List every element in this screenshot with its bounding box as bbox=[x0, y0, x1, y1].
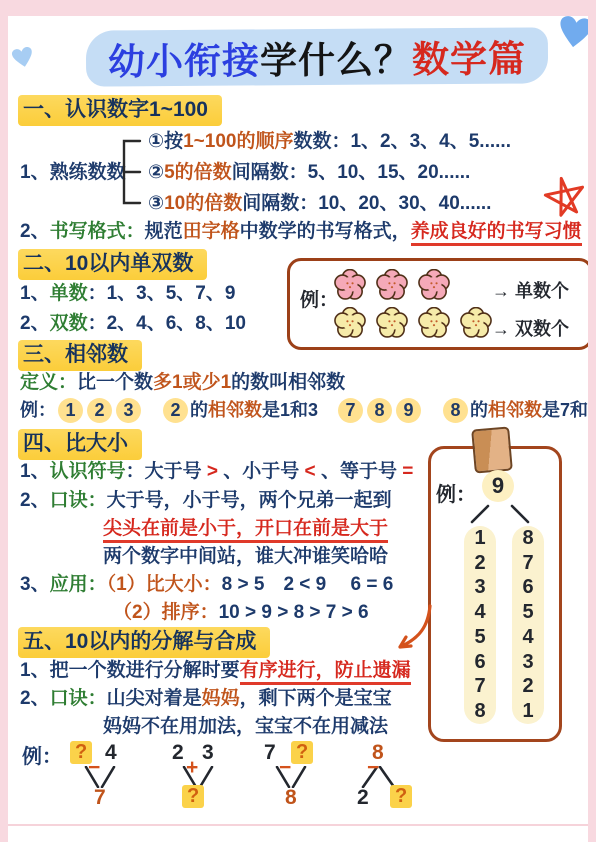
heart-icon-left bbox=[8, 44, 38, 73]
text-run: ③ bbox=[148, 193, 164, 214]
text-run: 山尖对着是 bbox=[107, 688, 202, 709]
text-run: 8 > 5 2 < 9 6 = 6 bbox=[222, 574, 394, 595]
text-run: 口诀： bbox=[50, 688, 107, 709]
text-run: 7 bbox=[338, 398, 363, 423]
text-run: 田字格 bbox=[183, 221, 240, 242]
text-run: 书写格式： bbox=[50, 221, 145, 242]
pink-frame-right bbox=[588, 0, 596, 842]
card-number: 2 bbox=[474, 552, 485, 575]
counting-bullet-1: ①按1~100的顺序数数：1、2、3、4、5...... bbox=[148, 130, 511, 155]
pink-frame-left bbox=[0, 0, 8, 842]
card-number: 8 bbox=[474, 700, 485, 723]
even-count-result: → 双数个 bbox=[492, 315, 569, 341]
curved-arrow-icon bbox=[388, 602, 434, 654]
text-run: 幼小衔接 bbox=[108, 40, 260, 82]
text-run: ：2、4、6、8、10 bbox=[88, 313, 246, 334]
section5-heading: 五、10以内的分解与合成 bbox=[18, 627, 270, 658]
card-number: 3 bbox=[474, 576, 485, 599]
text-run: （2）排序： bbox=[113, 602, 219, 623]
card-number: 2 bbox=[522, 675, 533, 698]
tree-number: 7 bbox=[264, 741, 276, 765]
text-run bbox=[143, 400, 161, 420]
compare-symbols-line: 1、认识符号：大于号 > 、小于号 < 、等于号 = bbox=[20, 460, 413, 485]
section4-heading: 四、比大小 bbox=[18, 429, 142, 460]
card-root-number: 9 bbox=[482, 470, 514, 502]
card-number: 1 bbox=[522, 700, 533, 723]
text-run: 妈妈 bbox=[202, 688, 240, 709]
text-run: 3、 bbox=[20, 574, 50, 595]
text-run: 相邻数 bbox=[488, 400, 542, 420]
text-run: 定义： bbox=[20, 372, 77, 393]
text-run: 5的倍数 bbox=[164, 162, 232, 183]
compare-apply-line2: （2）排序：10 > 9 > 8 > 7 > 6 bbox=[113, 601, 369, 626]
writing-format-line: 2、书写格式：规范田字格中数学的书写格式，养成良好的书写习惯 bbox=[20, 220, 582, 245]
text-run bbox=[423, 400, 441, 420]
text-run: 间隔数：5、10、15、20...... bbox=[232, 162, 471, 183]
text-run: 养成良好的书写习惯 bbox=[411, 221, 582, 246]
text-run: 单数 bbox=[50, 283, 88, 304]
section2-heading: 二、10以内单双数 bbox=[18, 249, 207, 280]
text-run: 2、 bbox=[20, 490, 50, 511]
section3-heading: 三、相邻数 bbox=[18, 340, 142, 371]
text-run: 妈妈不在用加法，宝宝不在用减法 bbox=[103, 716, 388, 737]
tree-number: 3 bbox=[202, 741, 214, 765]
text-run: （1）比大小： bbox=[107, 574, 222, 595]
tree-operator: − bbox=[367, 756, 379, 780]
text-run: 大于号，小于号，两个兄弟一起到 bbox=[107, 490, 392, 511]
card-right-column: 8 7 6 5 4 3 2 1 bbox=[512, 526, 544, 724]
odd-count-result: → 单数个 bbox=[492, 277, 569, 303]
text-run: 2 bbox=[163, 398, 188, 423]
text-run: 中数学的书写格式， bbox=[240, 221, 411, 242]
tree-example-label: 例： bbox=[22, 744, 62, 770]
text-run: 1、 bbox=[20, 283, 50, 304]
text-run: 的数叫相邻数 bbox=[231, 372, 345, 393]
text-run: 数学篇 bbox=[412, 39, 526, 81]
text-run: 1、把一个数进行分解时要 bbox=[20, 660, 240, 681]
text-run: 9 bbox=[396, 398, 421, 423]
text-run: 8 bbox=[443, 398, 468, 423]
text-run: 多1或少1 bbox=[153, 372, 231, 393]
flower-example-box: 例： → 单数个 → 双数个 bbox=[287, 258, 593, 350]
brace-icon bbox=[116, 133, 150, 211]
card-number: 4 bbox=[522, 626, 533, 649]
title-banner: 幼小衔接学什么？数学篇 bbox=[86, 27, 548, 86]
text-run: > bbox=[202, 461, 224, 482]
card-number: 8 bbox=[522, 527, 533, 550]
card-example-label: 例： bbox=[436, 478, 476, 507]
tree-operator: + bbox=[186, 756, 198, 780]
clip-icon bbox=[471, 426, 513, 473]
counting-bullet-3: ③10的倍数间隔数：10、20、30、40...... bbox=[148, 192, 491, 217]
text-run: 应用： bbox=[50, 574, 107, 595]
pink-flower-icon bbox=[418, 269, 450, 301]
pink-frame-top bbox=[0, 0, 596, 16]
text-run: 尖头在前是小于，开口在前是大于 bbox=[103, 518, 388, 543]
text-run: 规范 bbox=[145, 221, 183, 242]
text-run: 3 bbox=[116, 398, 141, 423]
pink-flower-icon bbox=[334, 269, 366, 301]
compare-rhyme-line2: 尖头在前是小于，开口在前是大于 bbox=[103, 517, 388, 542]
text-run: 是1和3 bbox=[262, 400, 318, 420]
text-run: 10 > 9 > 8 > 7 > 6 bbox=[219, 602, 369, 623]
text-run: 数数：1、2、3、4、5...... bbox=[293, 131, 511, 152]
text-run: 相邻数 bbox=[208, 400, 262, 420]
card-number: 5 bbox=[522, 601, 533, 624]
counting-bullet-2: ②5的倍数间隔数：5、10、15、20...... bbox=[148, 161, 470, 186]
card-number: 7 bbox=[522, 552, 533, 575]
card-number: 3 bbox=[522, 651, 533, 674]
section1-heading: 一、认识数字1~100 bbox=[18, 95, 222, 126]
tree-operator: − bbox=[88, 756, 100, 780]
tree-number: 7 bbox=[94, 786, 106, 810]
text-run: 、小于号 bbox=[223, 461, 299, 482]
tree-number: 8 bbox=[285, 786, 297, 810]
text-run: ② bbox=[148, 162, 164, 183]
text-run: 1 bbox=[58, 398, 83, 423]
tree-number: 4 bbox=[105, 741, 117, 765]
text-run: ①按 bbox=[148, 131, 183, 152]
text-run: 比一个数 bbox=[77, 372, 153, 393]
text-run bbox=[318, 400, 336, 420]
page-title: 幼小衔接学什么？数学篇 bbox=[108, 29, 526, 86]
text-run: 例： bbox=[20, 400, 56, 420]
card-number: 7 bbox=[474, 675, 485, 698]
even-numbers-line: 2、双数：2、4、6、8、10 bbox=[20, 312, 246, 337]
tree-number: ? bbox=[182, 785, 204, 808]
text-run: 的 bbox=[470, 400, 488, 420]
counting-label: 1、熟练数数 bbox=[20, 161, 126, 186]
text-run: 10的倍数 bbox=[164, 193, 242, 214]
card-left-column: 1 2 3 4 5 6 7 8 bbox=[464, 526, 496, 724]
text-run: 2、 bbox=[20, 688, 50, 709]
compare-apply-line1: 3、应用：（1）比大小：8 > 5 2 < 9 6 = 6 bbox=[20, 573, 393, 598]
text-run: 、等于号 bbox=[321, 461, 397, 482]
tree-number: ? bbox=[390, 785, 412, 808]
text-run: 间隔数：10、20、30、40...... bbox=[242, 193, 491, 214]
yellow-flower-icon bbox=[376, 307, 408, 339]
tree-number: ? bbox=[291, 741, 313, 764]
neighbor-definition: 定义：比一个数多1或少1的数叫相邻数 bbox=[20, 371, 345, 396]
yellow-flower-icon bbox=[418, 307, 450, 339]
poster: 幼小衔接学什么？数学篇 一、认识数字1~100 ①按1~100的顺序数数：1、2… bbox=[0, 0, 596, 842]
card-number: 6 bbox=[522, 576, 533, 599]
text-run: ，剩下两个是宝宝 bbox=[240, 688, 392, 709]
text-run: 2、 bbox=[20, 221, 50, 242]
text-run: 2 bbox=[87, 398, 112, 423]
text-run: 双数 bbox=[50, 313, 88, 334]
star-icon bbox=[539, 171, 591, 221]
text-run: < bbox=[299, 461, 321, 482]
yellow-flower-icon bbox=[460, 307, 492, 339]
text-run: 的 bbox=[190, 400, 208, 420]
decompose-rhyme-line2: 妈妈不在用加法，宝宝不在用减法 bbox=[103, 715, 388, 740]
tree-operator: − bbox=[279, 756, 291, 780]
text-run: 1~100的顺序 bbox=[183, 131, 293, 152]
compare-rhyme-line1: 2、口诀：大于号，小于号，两个兄弟一起到 bbox=[20, 489, 392, 514]
card-number: 1 bbox=[474, 527, 485, 550]
neighbor-example: 例：123 2的相邻数是1和3 789 8的相邻数是7和9 bbox=[20, 398, 596, 423]
text-run: 两个数字中间站，谁大冲谁笑哈哈 bbox=[103, 546, 388, 567]
card-number: 6 bbox=[474, 651, 485, 674]
tree-number: 2 bbox=[172, 741, 184, 765]
text-run: 口诀： bbox=[50, 490, 107, 511]
text-run: 有序进行，防止遗漏 bbox=[240, 660, 411, 685]
text-run: 1、熟练数数 bbox=[20, 162, 126, 183]
odd-numbers-line: 1、单数：1、3、5、7、9 bbox=[20, 282, 235, 307]
text-run: 认识符号 bbox=[50, 461, 126, 482]
text-run: 1、 bbox=[20, 461, 50, 482]
text-run: = bbox=[397, 461, 413, 482]
card-number: 5 bbox=[474, 626, 485, 649]
card-number: 4 bbox=[474, 601, 485, 624]
compare-rhyme-line3: 两个数字中间站，谁大冲谁笑哈哈 bbox=[103, 545, 388, 570]
yellow-flower-icon bbox=[334, 307, 366, 339]
pink-frame-bottom-line bbox=[8, 824, 588, 826]
text-run: ：大于号 bbox=[126, 461, 202, 482]
text-run: 8 bbox=[367, 398, 392, 423]
text-run: 学什么？ bbox=[260, 39, 412, 81]
text-run: ：1、3、5、7、9 bbox=[88, 283, 236, 304]
text-run: 2、 bbox=[20, 313, 50, 334]
branch-lines-icon bbox=[462, 504, 540, 524]
pink-flower-icon bbox=[376, 269, 408, 301]
decompose-rule-line: 1、把一个数进行分解时要有序进行，防止遗漏 bbox=[20, 659, 411, 684]
tree-number: 2 bbox=[357, 786, 369, 810]
example-label: 例： bbox=[300, 285, 338, 312]
decompose-rhyme-line1: 2、口诀：山尖对着是妈妈，剩下两个是宝宝 bbox=[20, 687, 392, 712]
